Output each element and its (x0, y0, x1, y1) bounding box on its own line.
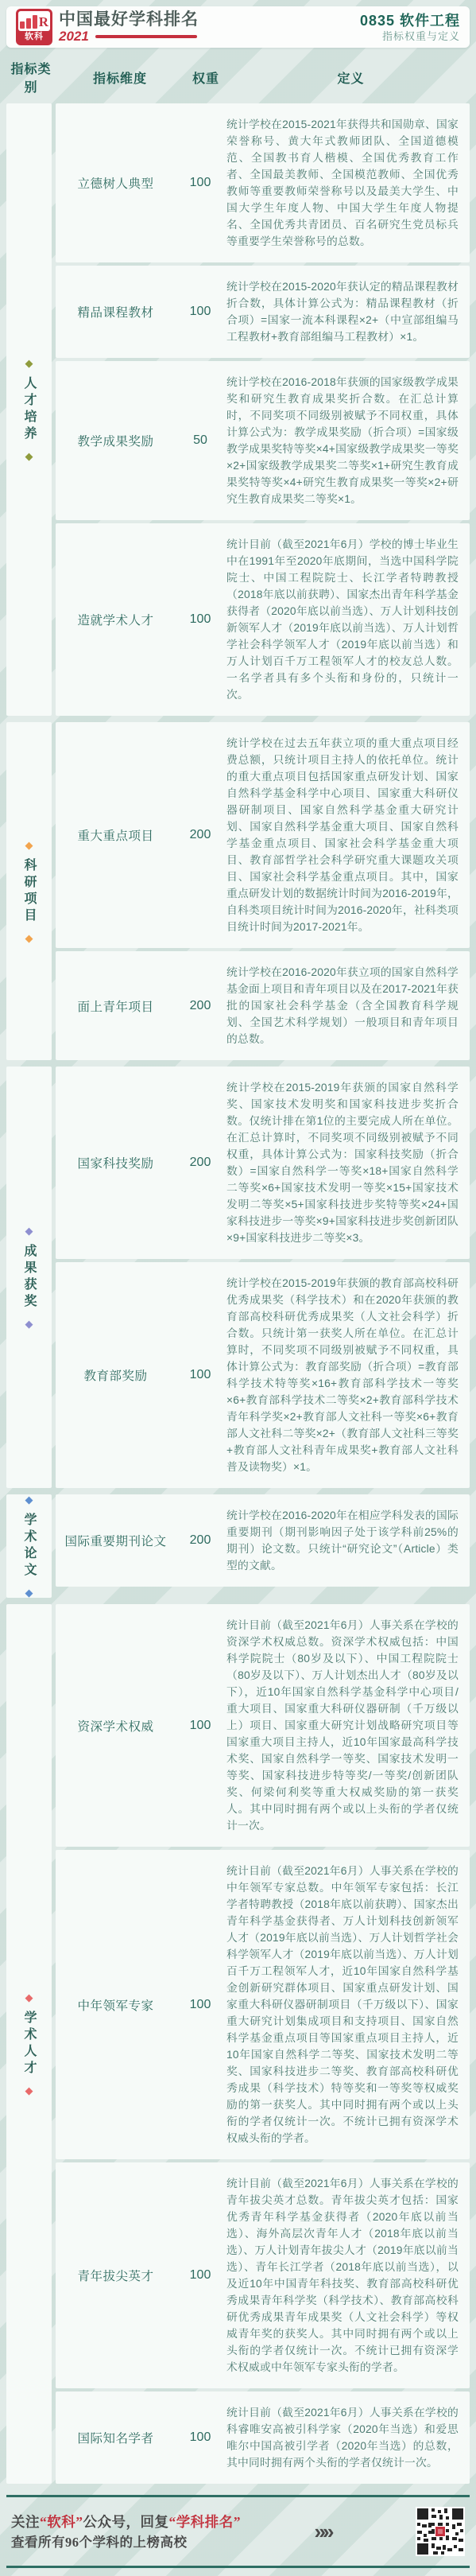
table-row: 国际重要期刊论文 200 统计学校在2016-2020年在相应学科发表的国际重要… (56, 1494, 470, 1587)
logo-text: 软科 (25, 31, 44, 43)
category-cell: ◆ 人才培养 ◆ (6, 103, 52, 716)
category-label: 科研项目 (20, 858, 38, 925)
definition-cell: 统计学校在2016-2020年在相应学科发表的国际重要期刊（期刊影响因子处于该学… (225, 1507, 470, 1574)
table-row: 青年拔尖英才 100 统计目前（截至2021年6月）人事关系在学校的青年拔尖英才… (56, 2162, 470, 2388)
definition-cell: 统计学校在2016-2020年获立项的国家自然科学基金面上项目和青年项目以及在2… (225, 964, 470, 1047)
category-label: 学术人才 (20, 2011, 38, 2077)
table-row: 面上青年项目 200 统计学校在2016-2020年获立项的国家自然科学基金面上… (56, 951, 470, 1060)
header-card: R 软科 中国最好学科排名 2021 0835 软件工程 指标权重与定义 (6, 6, 470, 48)
category-group-academic-talent: ◆ 学术人才 ◆ 资深学术权威 100 统计目前（截至2021年6月）人事关系在… (6, 1604, 470, 2484)
definition-cell: 统计学校在2015-2019年获颁的国家自然科学奖、国家技术发明奖和国家科技进步… (225, 1079, 470, 1246)
header-subtitle: 指标权重与定义 (360, 29, 460, 43)
definition-cell: 统计学校在2015-2019年获颁的教育部高校科研优秀成果奖（科学技术）和在20… (225, 1275, 470, 1475)
dimension-cell: 国家科技奖励 (56, 1154, 176, 1171)
category-group-academic-papers: ◆ 学术论文 ◆ 国际重要期刊论文 200 统计学校在2016-2020年在相应… (6, 1494, 470, 1598)
table-row: 资深学术权威 100 统计目前（截至2021年6月）人事关系在学校的资深学术权威… (56, 1604, 470, 1847)
chevrons-right-icon: »» (315, 2520, 331, 2544)
table-row: 国际知名学者 100 统计目前（截至2021年6月）人事关系在学校的科睿唯安高被… (56, 2391, 470, 2484)
footer-keyword-red: “学科排名” (169, 2514, 242, 2530)
category-label: 人才培养 (20, 376, 38, 443)
weight-cell: 100 (176, 305, 225, 319)
definition-cell: 统计目前（截至2021年6月）学校的博士毕业生中在1991年至2020年底期间，… (225, 536, 470, 703)
col-header-weight: 权重 (180, 68, 232, 87)
dimension-cell: 资深学术权威 (56, 1717, 176, 1735)
weight-cell: 100 (176, 1368, 225, 1382)
diamond-icon: ◆ (25, 1992, 33, 2003)
weight-cell: 50 (176, 433, 225, 448)
dimension-cell: 精品课程教材 (56, 303, 176, 321)
definition-cell: 统计学校在2016-2018年获颁的国家级教学成果奖和研究生教育成果奖折合数。在… (225, 374, 470, 507)
table-row: 教育部奖励 100 统计学校在2015-2019年获颁的教育部高校科研优秀成果奖… (56, 1262, 470, 1488)
definition-cell: 统计目前（截至2021年6月）人事关系在学校的科睿唯安高被引科学家（2020年当… (225, 2404, 470, 2471)
year-label: 2021 (59, 29, 89, 45)
weight-cell: 200 (176, 999, 225, 1013)
category-group-awards: ◆ 成果获奖 ◆ 国家科技奖励 200 统计学校在2015-2019年获颁的国家… (6, 1067, 470, 1488)
definition-cell: 统计学校在2015-2021年获得共和国勋章、国家荣誉称号、黄大年式教师团队、全… (225, 116, 470, 250)
category-group-research-projects: ◆ 科研项目 ◆ 重大重点项目 200 统计学校在过去五年获立项的重大重点项目经… (6, 722, 470, 1060)
dimension-cell: 教学成果奖励 (56, 432, 176, 449)
logo-barchart-icon: R (18, 11, 50, 31)
col-header-dimension: 指标维度 (60, 68, 180, 87)
table-row: 造就学术人才 100 统计目前（截至2021年6月）学校的博士毕业生中在1991… (56, 523, 470, 716)
definition-cell: 统计目前（截至2021年6月）人事关系在学校的中年领军专家总数。中年领军专家包括… (225, 1863, 470, 2147)
weight-cell: 200 (176, 828, 225, 842)
table-row: 立德树人典型 100 统计学校在2015-2021年获得共和国勋章、国家荣誉称号… (56, 103, 470, 262)
definition-cell: 统计学校在2015-2020年获认定的精品课程教材折合数，具体计算公式为：精品课… (225, 278, 470, 345)
definition-cell: 统计目前（截至2021年6月）人事关系在学校的资深学术权威总数。资深学术权威包括… (225, 1617, 470, 1834)
weight-cell: 100 (176, 612, 225, 627)
table-row: 教学成果奖励 50 统计学校在2016-2018年获颁的国家级教学成果奖和研究生… (56, 361, 470, 520)
footer-line1: 关注“软科”公众号，回复“学科排名” (11, 2512, 241, 2532)
qr-code (416, 2507, 465, 2556)
diamond-icon: ◆ (25, 451, 33, 461)
weight-cell: 100 (176, 1998, 225, 2012)
footer-line2: 查看所有96个学科的上榜高校 (11, 2532, 241, 2552)
dimension-cell: 立德树人典型 (56, 174, 176, 192)
brand: R 软科 中国最好学科排名 2021 (16, 9, 199, 45)
dimension-cell: 造就学术人才 (56, 611, 176, 628)
table-row: 精品课程教材 100 统计学校在2015-2020年获认定的精品课程教材折合数，… (56, 266, 470, 358)
dimension-cell: 教育部奖励 (56, 1366, 176, 1384)
dimension-cell: 国际重要期刊论文 (56, 1532, 176, 1549)
diamond-icon: ◆ (25, 933, 33, 943)
dimension-cell: 青年拔尖英才 (56, 2267, 176, 2284)
red-underline (95, 35, 197, 38)
footer: 关注“软科”公众号，回复“学科排名” 查看所有96个学科的上榜高校 »» (6, 2495, 470, 2568)
weight-cell: 200 (176, 1156, 225, 1170)
diamond-icon: ◆ (25, 1226, 33, 1236)
category-cell: ◆ 成果获奖 ◆ (6, 1067, 52, 1488)
category-cell: ◆ 学术论文 ◆ (6, 1494, 52, 1598)
diamond-icon: ◆ (25, 840, 33, 850)
weight-cell: 100 (176, 2430, 225, 2445)
weight-cell: 200 (176, 1533, 225, 1548)
dimension-cell: 国际知名学者 (56, 2429, 176, 2446)
diamond-icon: ◆ (25, 1587, 33, 1598)
diamond-icon: ◆ (25, 2085, 33, 2096)
diamond-icon: ◆ (25, 1494, 33, 1505)
col-header-definition: 定义 (232, 68, 470, 87)
category-label: 成果获奖 (20, 1244, 38, 1311)
weight-cell: 100 (176, 2268, 225, 2283)
table-row: 中年领军专家 100 统计目前（截至2021年6月）人事关系在学校的中年领军专家… (56, 1850, 470, 2159)
table-header-row: 指标类别 指标维度 权重 定义 (0, 48, 476, 103)
subject-code: 0835 软件工程 (360, 12, 460, 29)
weight-cell: 100 (176, 176, 225, 190)
dimension-cell: 重大重点项目 (56, 826, 176, 844)
weight-cell: 100 (176, 1719, 225, 1733)
table-row: 国家科技奖励 200 统计学校在2015-2019年获颁的国家自然科学奖、国家技… (56, 1067, 470, 1259)
diamond-icon: ◆ (25, 1319, 33, 1329)
dimension-cell: 中年领军专家 (56, 1996, 176, 2014)
category-label: 学术论文 (20, 1513, 38, 1579)
footer-brand-red: “软科” (40, 2514, 83, 2530)
category-group-talent-cultivation: ◆ 人才培养 ◆ 立德树人典型 100 统计学校在2015-2021年获得共和国… (6, 103, 470, 716)
dimension-cell: 面上青年项目 (56, 997, 176, 1015)
col-header-category: 指标类别 (6, 59, 56, 95)
category-cell: ◆ 科研项目 ◆ (6, 722, 52, 1060)
definition-cell: 统计目前（截至2021年6月）人事关系在学校的青年拔尖英才总数。青年拔尖英才包括… (225, 2175, 470, 2376)
table-row: 重大重点项目 200 统计学校在过去五年获立项的重大重点项目经费总额，只统计项目… (56, 722, 470, 948)
page-title: 中国最好学科排名 (59, 10, 199, 29)
shangharanking-logo-icon: R 软科 (16, 9, 52, 45)
definition-cell: 统计学校在过去五年获立项的重大重点项目经费总额，只统计项目主持人的依托单位。统计… (225, 735, 470, 935)
page: R 软科 中国最好学科排名 2021 0835 软件工程 指标权重与定义 指标类… (0, 6, 476, 2568)
diamond-icon: ◆ (25, 358, 33, 368)
category-cell: ◆ 学术人才 ◆ (6, 1604, 52, 2484)
